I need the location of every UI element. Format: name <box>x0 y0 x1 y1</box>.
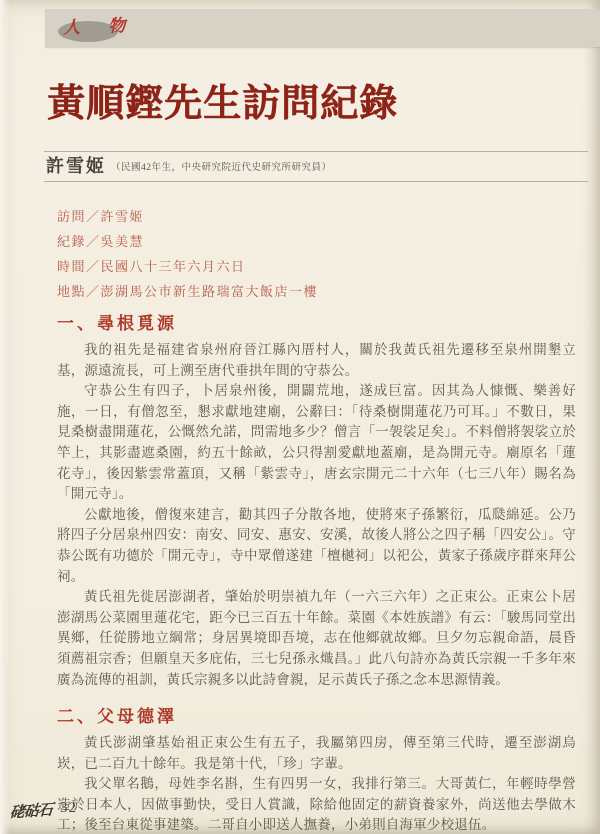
interview-meta-block: 訪問／許雪姬 紀錄／吳美慧 時間／民國八十三年六月六日 地點／澎湖馬公市新生路瑞… <box>57 204 318 304</box>
article-body: 一、尋根覓源 我的祖先是福建省泉州府晉江縣內厝村人，關於我黃氏祖先遷移至泉州開墾… <box>57 312 576 834</box>
section-2-heading: 二、父母德澤 <box>57 705 576 728</box>
meta-interviewer: 訪問／許雪姬 <box>57 204 318 229</box>
author-note: （民國42年生，中央研究院近代史研究所研究員） <box>111 159 332 175</box>
section-1-paragraph: 守恭公生有四子，卜居泉州後，開闢荒地，遂成巨富。因其為人慷慨、樂善好施，一日，有… <box>57 381 576 505</box>
page-footer: 硓𥑮石 32 <box>10 800 77 821</box>
article-title: 黃順鏗先生訪問紀錄 <box>47 72 398 127</box>
category-label: 人 物 <box>63 11 138 39</box>
meta-time: 時間／民國八十三年六月六日 <box>57 254 318 279</box>
page-number: 32 <box>60 800 77 817</box>
journal-logo: 硓𥑮石 <box>9 798 52 822</box>
section-2-paragraph: 黃氏澎湖肇基始祖正束公生有五子，我屬第四房，傳至第三代時，遷至澎湖烏崁，已二百九… <box>57 733 576 774</box>
author-strip: 許雪姬 （民國42年生，中央研究院近代史研究所研究員） <box>44 151 588 182</box>
scanned-document-page: 人 物 黃順鏗先生訪問紀錄 許雪姬 （民國42年生，中央研究院近代史研究所研究員… <box>0 0 600 834</box>
section-2-paragraph: 我父單名鵝，母姓李名斟，生有四男一女，我排行第三。大哥黃仁，年輕時學營造於日本人… <box>57 774 576 834</box>
meta-location: 地點／澎湖馬公市新生路瑞富大飯店一樓 <box>57 279 318 304</box>
page-edge-highlight <box>0 0 10 834</box>
category-banner: 人 物 <box>45 9 600 47</box>
meta-recorder: 紀錄／吳美慧 <box>57 229 318 254</box>
author-name: 許雪姬 <box>46 157 106 175</box>
section-1-heading: 一、尋根覓源 <box>57 312 576 335</box>
section-1-paragraph: 公獻地後，僧復來建言，勸其四子分散各地，使將來子孫繁衍，瓜瓞綿延。公乃將四子分居… <box>57 505 576 587</box>
section-1-paragraph: 黃氏祖先徙居澎湖者，肇始於明崇禎九年（一六三六年）之正束公。正束公卜居澎湖馬公菜… <box>57 587 576 690</box>
section-1-paragraph: 我的祖先是福建省泉州府晉江縣內厝村人，關於我黃氏祖先遷移至泉州開墾立基，源遠流長… <box>57 340 576 381</box>
